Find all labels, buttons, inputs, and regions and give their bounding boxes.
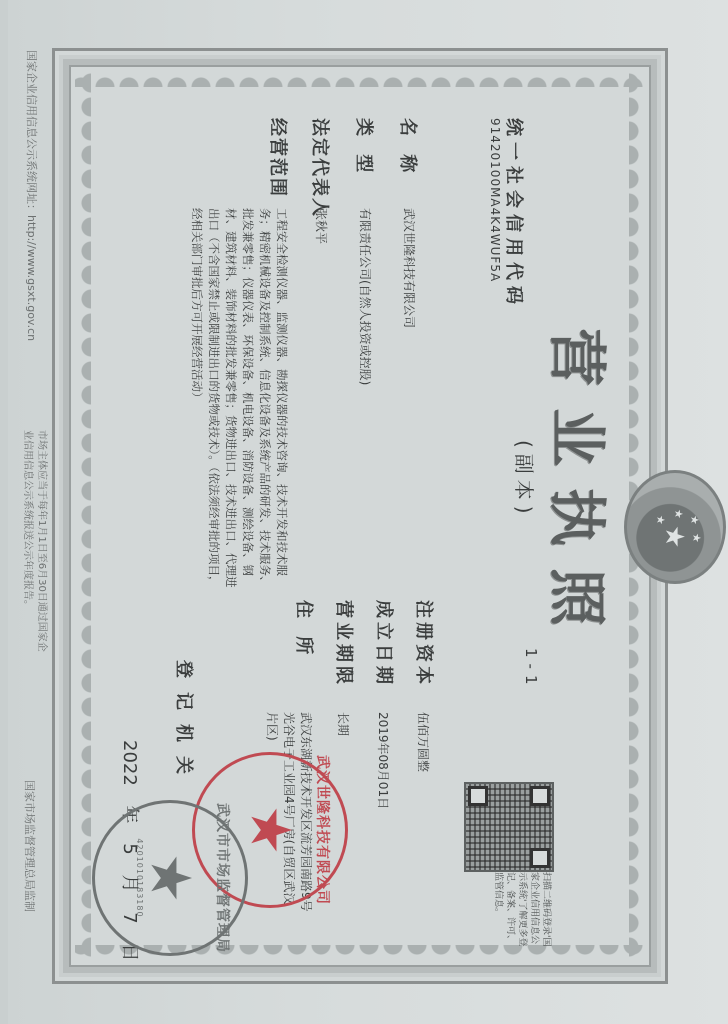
qr-finder (468, 786, 488, 806)
copy-type: (副本) (511, 440, 540, 520)
qr-code[interactable] (464, 782, 554, 872)
scope-label: 经营范围 (266, 118, 292, 198)
company-type: 有限责任公司(自然人投资或控股) (357, 208, 374, 385)
founded-date: 2019年08月01日 (375, 712, 392, 809)
name-label: 名 称 (396, 118, 422, 178)
qr-note: 扫描二维码登录'国家企业信用信息公示系统'了解更多登记、备案、许可、监管信息。 (492, 872, 552, 952)
capital-label: 注册资本 (412, 600, 438, 688)
qr-finder (530, 848, 550, 868)
legal-rep: 张秋平 (313, 208, 330, 244)
company-name: 武汉世隆科技有限公司 (401, 208, 418, 328)
authority-seal-text: 武汉市市场监督管理局 (213, 803, 233, 953)
credit-code: 91420100MA4K4WUF5A (488, 118, 502, 282)
footer-supervisor: 国家市场监督管理总局监制 (22, 780, 38, 912)
authority-seal-number: 4201010183180 (135, 803, 144, 953)
border-scallop (75, 73, 645, 87)
legal-rep-label: 法定代表人 (308, 118, 334, 218)
license-rotated: 国家企业信用信息公示系统网址：http://www.gsxt.gov.cn 市场… (0, 0, 728, 1024)
qr-finder (530, 786, 550, 806)
company-seal-text: 武汉世隆科技有限公司 (313, 755, 333, 905)
term-label: 营业期限 (332, 600, 358, 688)
business-term: 长期 (335, 712, 352, 736)
business-scope: 工程安全检测仪器、监测仪器、勘探仪器的技术咨询、技术开发和技术服务；精密机械设备… (188, 208, 290, 588)
registered-capital: 伍佰万圆整 (415, 712, 432, 772)
seal-star-icon: ★ (138, 853, 203, 903)
address-label: 住 所 (292, 600, 318, 660)
copy-number: 1-1 (522, 648, 540, 691)
national-emblem-icon: ★ ★ ★ ★ ★ (624, 470, 726, 584)
license-title: 营业执照 (540, 328, 624, 648)
credit-code-label: 统一社会信用代码 (502, 118, 528, 310)
authority-label: 登记机关 (172, 660, 198, 788)
reg-year: 2022 (119, 740, 140, 786)
annual-report-note: 市场主体应当于每年1月1日至6月30日通过国家企业信用信息公示系统报送公示年度报… (20, 430, 48, 660)
authority-seal: 武汉市市场监督管理局 ★ 4201010183180 (92, 800, 248, 956)
founded-label: 成立日期 (372, 600, 398, 688)
type-label: 类 型 (352, 118, 378, 178)
border-scallop (77, 71, 91, 961)
gsxt-url-note: 国家企业信用信息公示系统网址：http://www.gsxt.gov.cn (24, 50, 40, 341)
seal-star-icon: ★ (238, 805, 303, 855)
